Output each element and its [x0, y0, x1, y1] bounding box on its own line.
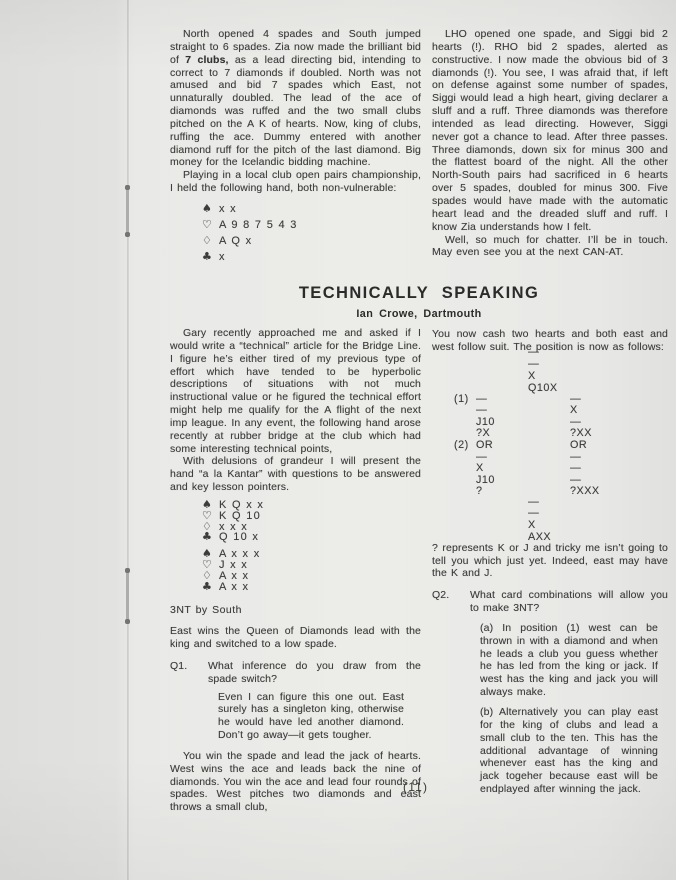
hand-cards: x — [219, 251, 226, 263]
hand-line: ♣A x x — [202, 582, 421, 593]
diagram-east-hand-1: — X — ?XX — [570, 394, 592, 440]
article-title: TECHNICALLY SPEAKING — [170, 284, 668, 303]
question-1: Q1. What inference do you draw from the … — [170, 660, 421, 686]
hand-line: ♣Q 10 x — [202, 532, 421, 543]
diagram-line: — — [528, 358, 558, 370]
intro-left-column: North opened 4 spades and South jumped s… — [170, 28, 421, 271]
article-paragraph-3: East wins the Queen of Diamonds lead wit… — [170, 625, 421, 651]
hand-cards: x x — [219, 203, 237, 215]
contract-line: 3NT by South — [170, 604, 421, 617]
card-position-diagram: — — X Q10X (1) — — J10 ?X — X — ?XX (2) … — [432, 344, 668, 542]
hand-line: ♡A 9 8 7 5 4 3 — [202, 217, 421, 233]
diagram-south-hand: — — X AXX — [528, 497, 551, 544]
diagram-line: AXX — [528, 532, 551, 544]
question-2: Q2. What card combinations will allow yo… — [432, 589, 668, 615]
answer-2a: (a) In position (1) west can be thrown i… — [480, 622, 658, 699]
diagram-west-hand-1: — — J10 ?X — [476, 394, 495, 440]
diagram-line: X — [528, 370, 558, 382]
heart-icon: ♡ — [202, 217, 219, 233]
article-paragraph-1: Gary recently approached me and asked if… — [170, 327, 421, 455]
hand-cards: Q 10 x — [219, 531, 259, 543]
diagram-or-east: OR — [570, 440, 587, 452]
diagram-line: ?XXX — [570, 486, 600, 498]
hand-cards: A Q x — [219, 235, 252, 247]
intro-right-paragraph-2: Well, so much for chatter. I’ll be in to… — [432, 234, 668, 260]
answer-1: Even I can figure this one out. East sur… — [218, 691, 404, 742]
page-number: (11) — [403, 780, 428, 794]
article-byline: Ian Crowe, Dartmouth — [170, 308, 668, 320]
spade-icon: ♠ — [202, 201, 219, 217]
hand-line: ♠x x — [202, 201, 421, 217]
intro-right-column: LHO opened one spade, and Siggi bid 2 he… — [432, 28, 668, 259]
page-fold-crease — [127, 0, 130, 880]
diagram-line: ? — [476, 486, 495, 498]
diagram-line: — — [528, 346, 558, 358]
article-right-paragraph-2: ? represents K or J and tricky me isn’t … — [432, 542, 668, 581]
article-paragraph-2: With delusions of grandeur I will presen… — [170, 455, 421, 494]
question-2-text: What card combinations will allow you to… — [470, 589, 668, 615]
hero-hand: ♠x x ♡A 9 8 7 5 4 3 ♢A Q x ♣x — [202, 201, 421, 265]
hand-line: ♢A Q x — [202, 233, 421, 249]
intro-p1-post: as a lead directing bid, intending to co… — [170, 54, 421, 169]
staple-top — [126, 187, 129, 235]
hand-cards: A 9 8 7 5 4 3 — [219, 219, 298, 231]
club-icon: ♣ — [202, 532, 219, 543]
question-1-label: Q1. — [170, 660, 208, 686]
intro-p1-bold: 7 clubs, — [185, 54, 228, 66]
diagram-position-2-label: (2) — [454, 440, 469, 452]
diagram-east-hand-2: — — — ?XXX — [570, 452, 600, 498]
diagram-north-hand: — — X Q10X — [528, 346, 558, 394]
hand-cards: A x x — [219, 581, 249, 593]
scanned-page: North opened 4 spades and South jumped s… — [0, 0, 676, 880]
club-icon: ♣ — [202, 249, 219, 265]
staple-bottom — [126, 570, 129, 622]
club-icon: ♣ — [202, 582, 219, 593]
hand-line: ♣x — [202, 249, 421, 265]
diagram-or-west: OR — [476, 440, 493, 452]
south-hand: ♠A x x x ♡J x x ♢A x x ♣A x x — [202, 549, 421, 592]
article-right-column: You now cash two hearts and both east an… — [432, 328, 668, 796]
diamond-icon: ♢ — [202, 233, 219, 249]
intro-paragraph-1: North opened 4 spades and South jumped s… — [170, 28, 421, 169]
question-1-text: What inference do you draw from the spad… — [208, 660, 421, 686]
intro-paragraph-2: Playing in a local club open pairs champ… — [170, 169, 421, 195]
article-left-column: Gary recently approached me and asked if… — [170, 327, 421, 814]
north-hand: ♠K Q x x ♡K Q 10 ♢x x x ♣Q 10 x — [202, 500, 421, 543]
article-masthead: TECHNICALLY SPEAKING Ian Crowe, Dartmout… — [170, 284, 668, 320]
diagram-line: Q10X — [528, 382, 558, 394]
article-paragraph-4: You win the spade and lead the jack of h… — [170, 750, 421, 814]
question-2-label: Q2. — [432, 589, 470, 615]
answer-2b: (b) Alternatively you can play east for … — [480, 706, 658, 796]
diagram-west-hand-2: — X J10 ? — [476, 452, 495, 498]
intro-right-paragraph-1: LHO opened one spade, and Siggi bid 2 he… — [432, 28, 668, 234]
diagram-position-1-label: (1) — [454, 394, 469, 406]
